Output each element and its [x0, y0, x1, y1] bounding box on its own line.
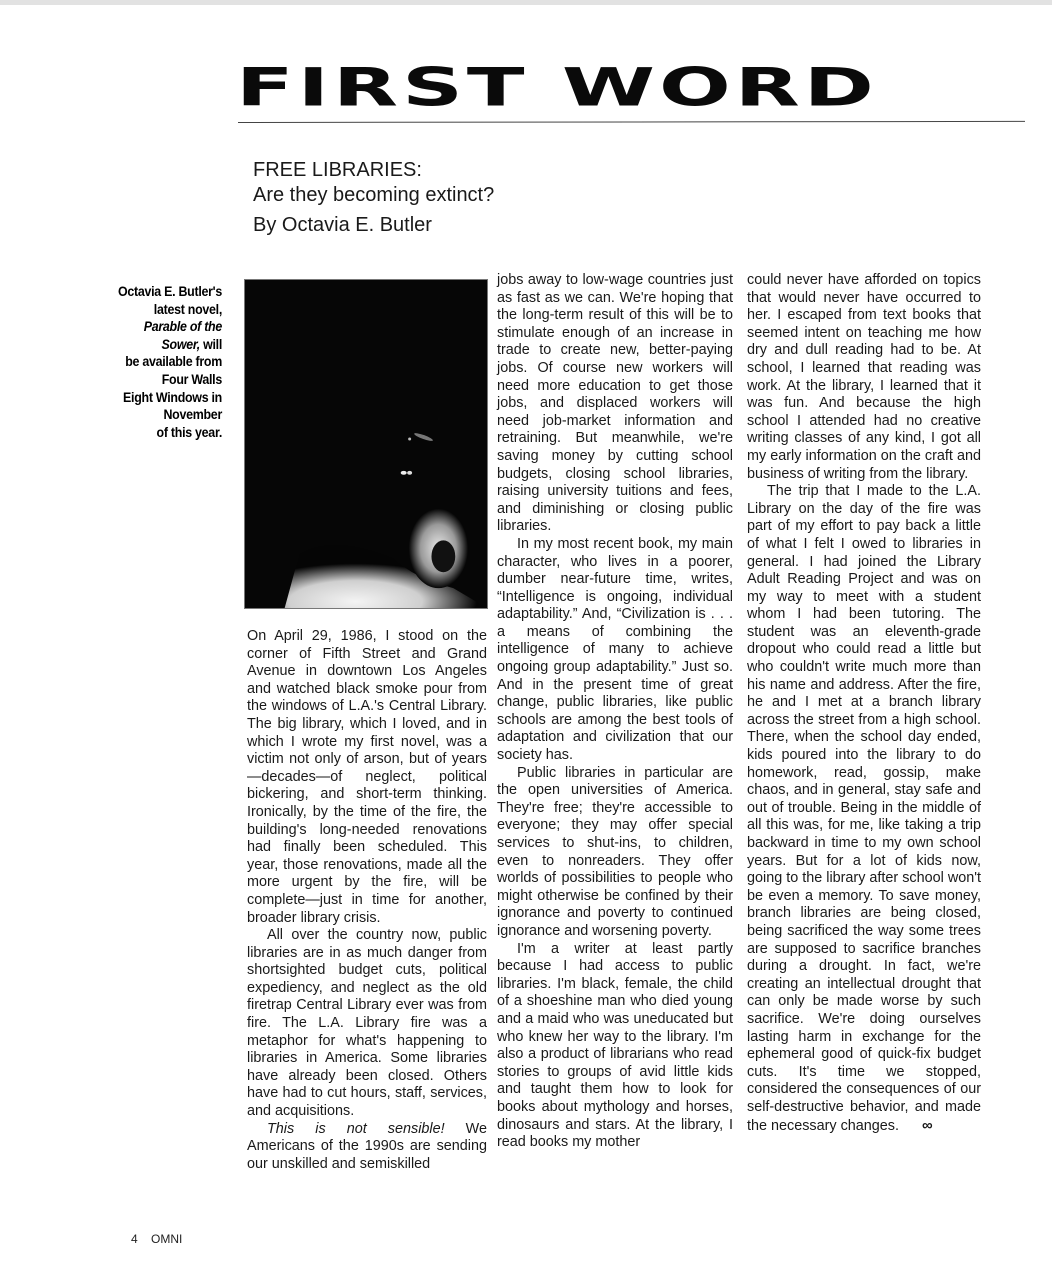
author-photo — [244, 279, 488, 609]
paragraph: The trip that I made to the L.A. Library… — [747, 483, 981, 1135]
paragraph: could never have afforded on topics that… — [747, 272, 981, 483]
page-number: 4 — [131, 1232, 138, 1246]
sidebar-line: of this year. — [102, 424, 222, 442]
paragraph: This is not sensible! We Americans of th… — [247, 1121, 487, 1174]
sidebar-note: Octavia E. Butler's latest novel, Parabl… — [102, 283, 222, 441]
article-column-3: could never have afforded on topics that… — [747, 272, 981, 1135]
paragraph: I'm a writer at least partly because I h… — [497, 941, 733, 1152]
byline: By Octavia E. Butler — [253, 213, 432, 238]
sidebar-line: Octavia E. Butler's — [102, 283, 222, 301]
sidebar-line: latest novel, — [102, 301, 222, 319]
emphasis: This is not sensible! — [267, 1121, 445, 1137]
sidebar-line: November — [102, 406, 222, 424]
omni-end-mark-icon: ∞ — [902, 1117, 930, 1135]
headline-line-2: Are they becoming extinct? — [253, 183, 494, 208]
header-divider — [238, 121, 1025, 123]
top-edge-border — [0, 0, 1052, 5]
section-title: FIRST WORD — [236, 62, 878, 114]
portrait-image — [245, 280, 487, 608]
headline-line-1: FREE LIBRARIES: — [253, 158, 494, 183]
book-title: Parable of the — [144, 319, 222, 334]
sidebar-line: Parable of the — [102, 318, 222, 336]
sidebar-line: Four Walls — [102, 371, 222, 389]
book-title: Sower, — [162, 337, 200, 352]
article-column-2: jobs away to low-wage countries just as … — [497, 272, 733, 1152]
paragraph: Public libraries in particular are the o… — [497, 765, 733, 941]
sidebar-line: Sower, will — [102, 336, 222, 354]
paragraph: All over the country now, public librari… — [247, 927, 487, 1121]
article-column-1: On April 29, 1986, I stood on the corner… — [247, 628, 487, 1173]
paragraph: jobs away to low-wage countries just as … — [497, 272, 733, 536]
paragraph: On April 29, 1986, I stood on the corner… — [247, 628, 487, 927]
sidebar-line: Eight Windows in — [102, 389, 222, 407]
paragraph: In my most recent book, my main characte… — [497, 536, 733, 765]
article-headline: FREE LIBRARIES: Are they becoming extinc… — [253, 158, 494, 208]
page-footer: 4 OMNI — [131, 1232, 182, 1246]
sidebar-line: be available from — [102, 353, 222, 371]
publication-name: OMNI — [151, 1232, 182, 1246]
